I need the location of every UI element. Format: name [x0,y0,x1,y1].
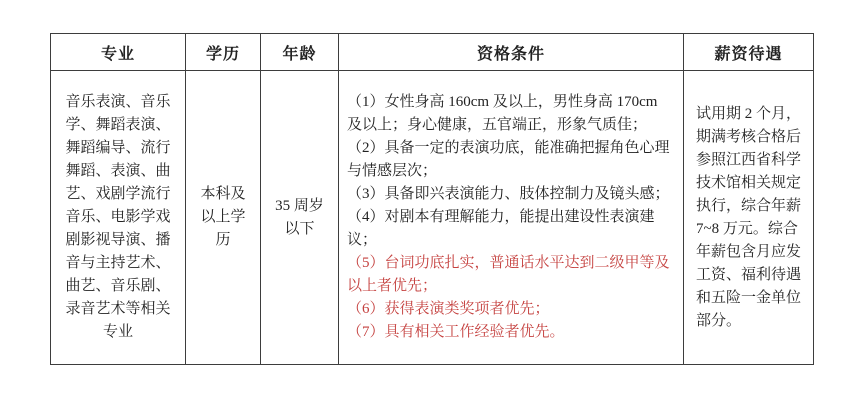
header-row: 专业 学历 年龄 资格条件 薪资待遇 [51,34,814,71]
qualification-item-4: （4）对剧本有理解能力，能提出建设性表演建议； [347,206,676,252]
major-cell: 音乐表演、音乐学、舞蹈表演、舞蹈编导、流行舞蹈、表演、曲艺、戏剧学流行音乐、电影… [51,71,186,365]
table-row: 音乐表演、音乐学、舞蹈表演、舞蹈编导、流行舞蹈、表演、曲艺、戏剧学流行音乐、电影… [51,71,814,365]
qualifications-cell: （1）女性身高 160cm 及以上，男性身高 170cm 及以上；身心健康，五官… [339,71,684,365]
salary-cell: 试用期 2 个月，期满考核合格后参照江西省科学技术馆相关规定执行，综合年薪 7~… [684,71,814,365]
qualification-item-6: （6）获得表演类奖项者优先； [347,298,676,321]
recruitment-table: 专业 学历 年龄 资格条件 薪资待遇 音乐表演、音乐学、舞蹈表演、舞蹈编导、流行… [50,33,814,365]
qualification-item-3: （3）具备即兴表演能力、肢体控制力及镜头感； [347,183,676,206]
qualification-item-1: （1）女性身高 160cm 及以上，男性身高 170cm 及以上；身心健康，五官… [347,91,676,137]
qualification-item-7: （7）具有相关工作经验者优先。 [347,321,676,344]
col-header-qualifications: 资格条件 [339,34,684,71]
col-header-major: 专业 [51,34,186,71]
col-header-education: 学历 [186,34,261,71]
col-header-salary: 薪资待遇 [684,34,814,71]
qualification-item-5: （5）台词功底扎实，普通话水平达到二级甲等及以上者优先； [347,252,676,298]
education-cell: 本科及以上学历 [186,71,261,365]
age-cell: 35 周岁以下 [261,71,339,365]
page: 专业 学历 年龄 资格条件 薪资待遇 音乐表演、音乐学、舞蹈表演、舞蹈编导、流行… [0,0,864,400]
qualification-item-2: （2）具备一定的表演功底，能准确把握角色心理与情感层次； [347,137,676,183]
col-header-age: 年龄 [261,34,339,71]
